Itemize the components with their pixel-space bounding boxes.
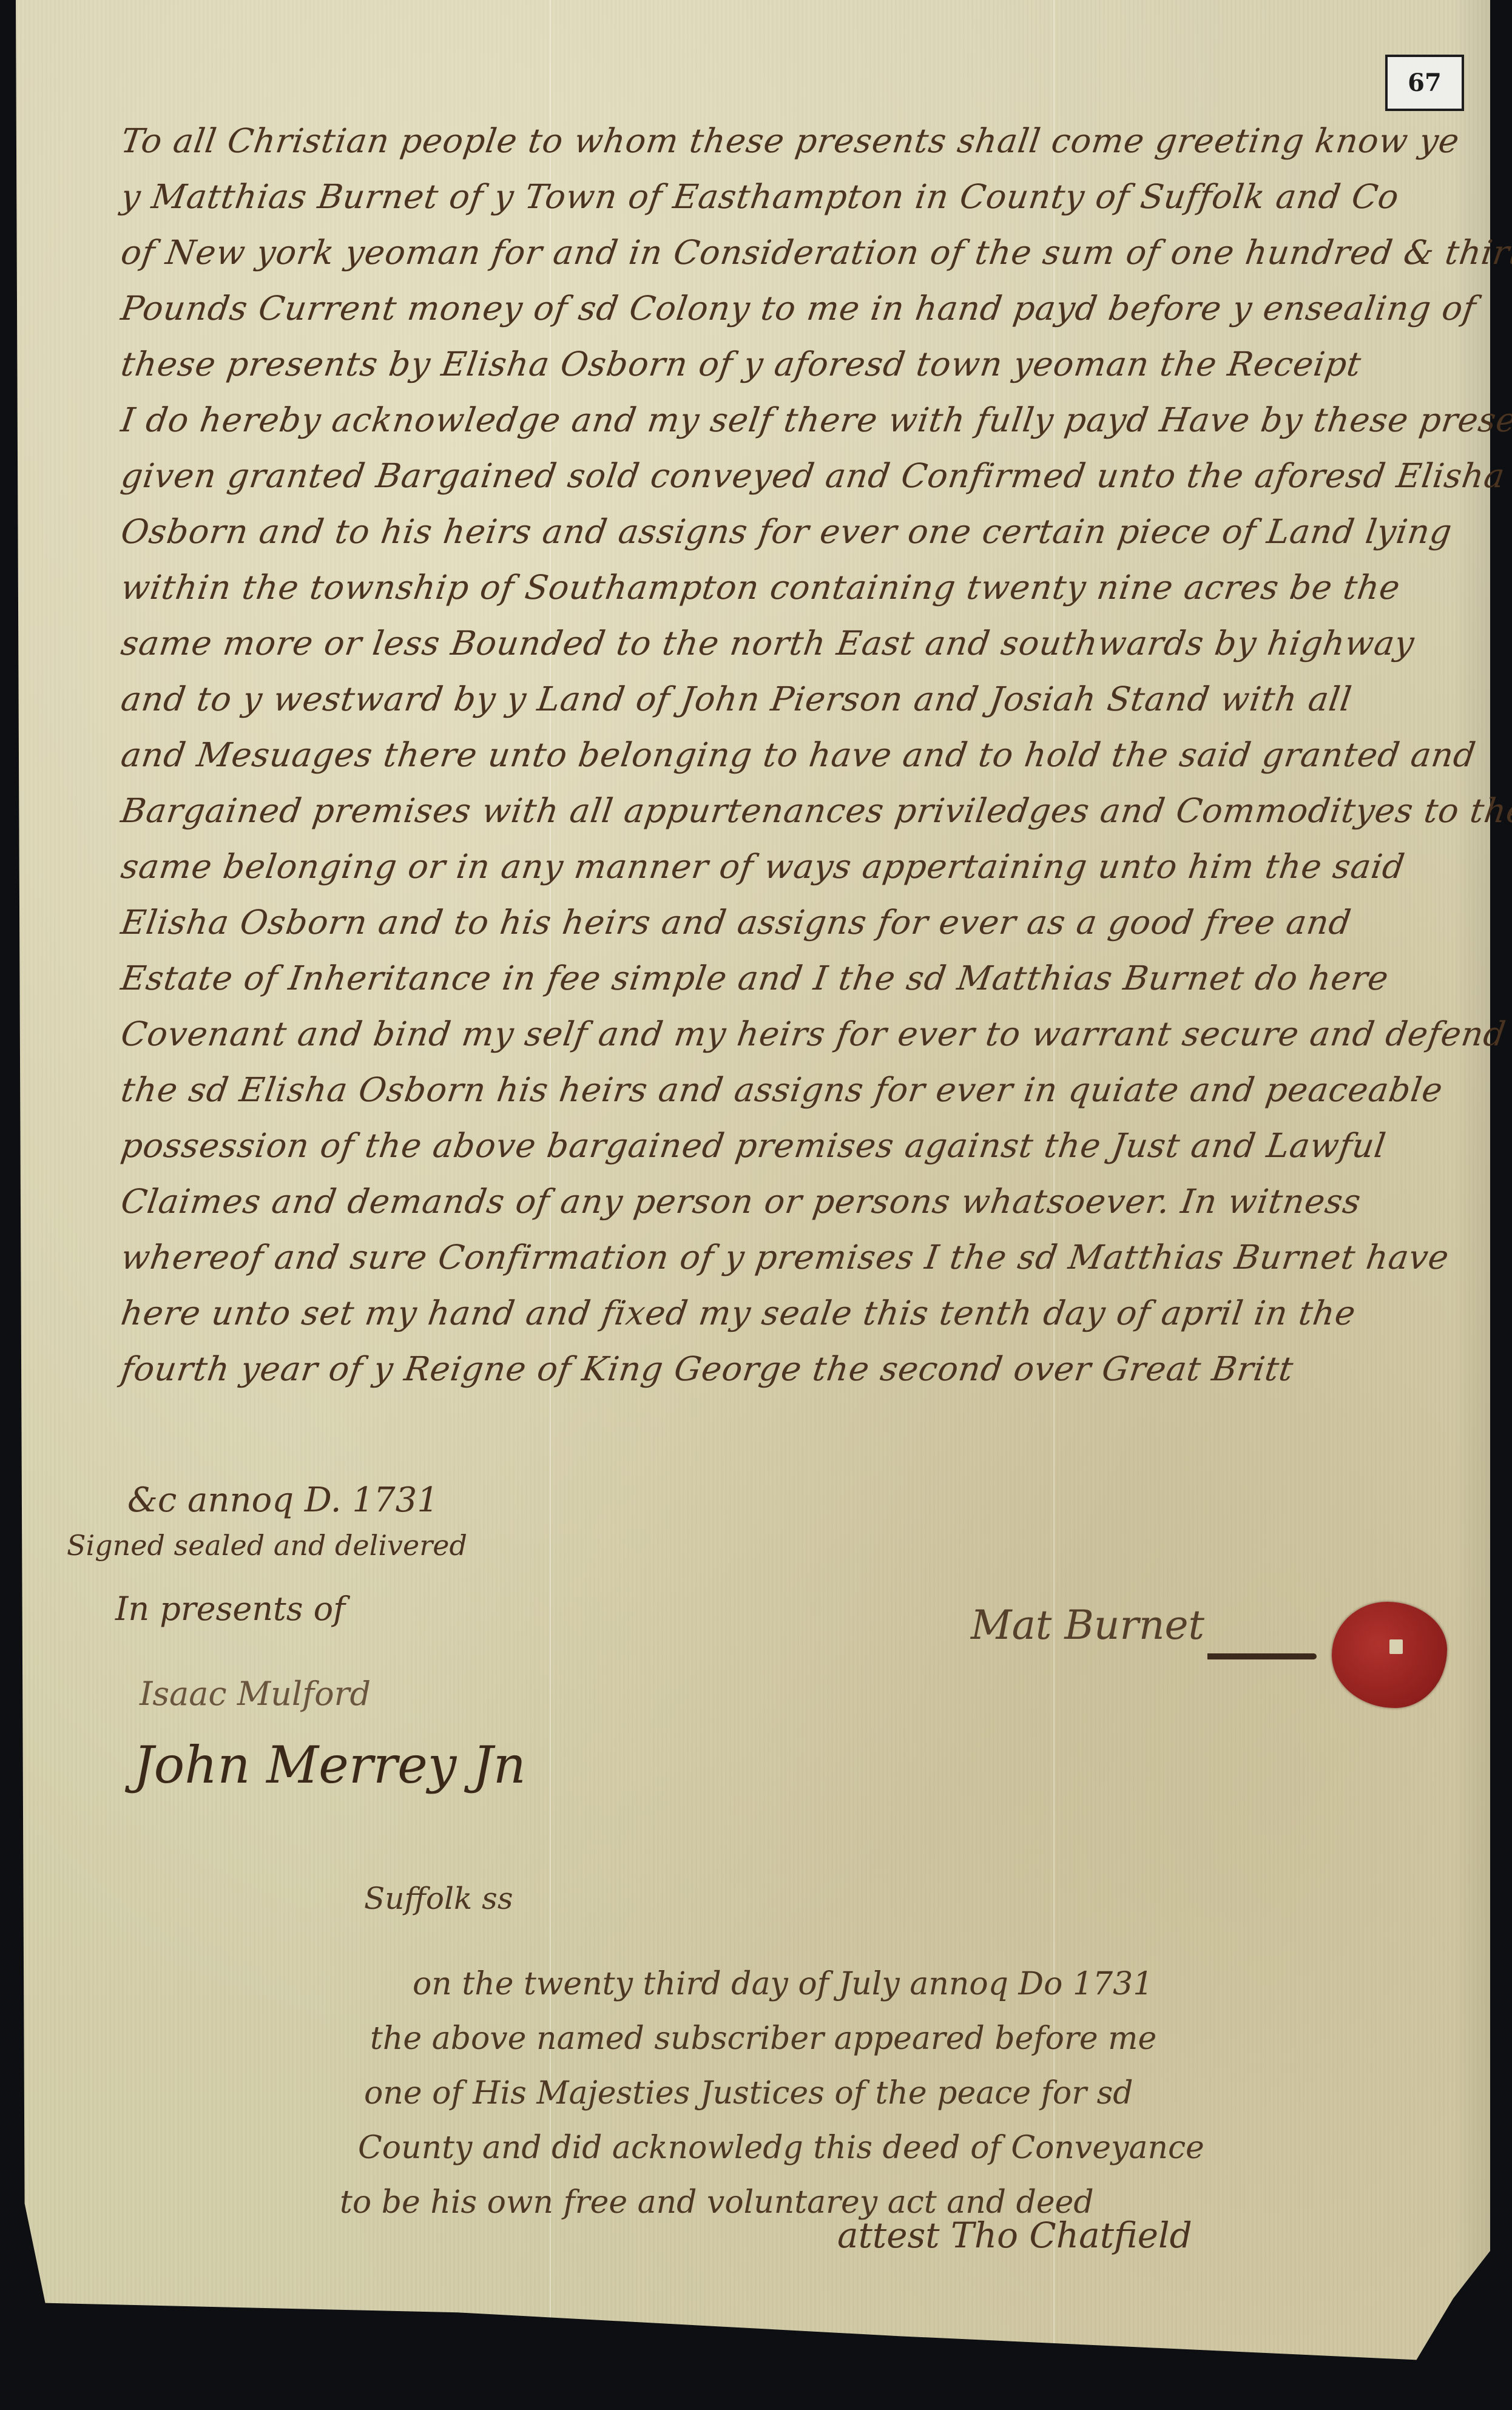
deed-line: here unto set my hand and fixed my seale… (119, 1294, 1358, 1332)
deed-line: same belonging or in any manner of ways … (119, 847, 1408, 886)
deed-line: same more or less Bounded to the north E… (119, 624, 1417, 663)
witness-signature: Isaac Mulford (140, 1675, 371, 1713)
deed-line: and to y westward by y Land of John Pier… (119, 680, 1355, 718)
page-edge-shadow (1454, 0, 1490, 2369)
deed-line: given granted Bargained sold conveyed an… (119, 456, 1508, 495)
deed-line: Bargained premises with all appurtenance… (119, 791, 1512, 830)
signature-flourish (1207, 1653, 1317, 1659)
deed-line: possession of the above bargained premis… (119, 1126, 1389, 1165)
attest-signature: attest Tho Chatfield (837, 2215, 1192, 2256)
folio-number: 67 (1408, 69, 1442, 97)
deed-line: whereof and sure Confirmation of y premi… (119, 1238, 1452, 1277)
deed-line: To all Christian people to whom these pr… (119, 121, 1462, 160)
venue-label: Suffolk ss (364, 1881, 513, 1916)
deed-line: and Mesuages there unto belonging to hav… (119, 735, 1479, 774)
grantor-signature: Mat Burnet (971, 1602, 1204, 1649)
deed-line: of New york yeoman for and in Considerat… (119, 233, 1512, 272)
signed-sealed-delivered-heading: Signed sealed and delivered (67, 1529, 467, 1562)
deed-line: I do hereby acknowledge and my self ther… (119, 400, 1512, 439)
deed-line: Elisha Osborn and to his heirs and assig… (119, 903, 1354, 942)
deed-line: the sd Elisha Osborn his heirs and assig… (119, 1070, 1446, 1109)
acknowledgement-line: County and did acknowledg this deed of C… (358, 2130, 1204, 2166)
acknowledgement-line: one of His Majesties Justices of the pea… (364, 2075, 1133, 2111)
witness-signature: John Merrey Jn (133, 1735, 526, 1795)
deed-line: these presents by Elisha Osborn of y afo… (119, 345, 1364, 383)
folio-number-label: 67 (1385, 55, 1464, 111)
deed-line: within the township of Southampton conta… (119, 568, 1403, 607)
acknowledgement-line: the above named subscriber appeared befo… (370, 2020, 1156, 2057)
deed-line: fourth year of y Reigne of King George t… (119, 1349, 1296, 1388)
deed-date: &c annoq D. 1731 (127, 1480, 439, 1520)
deed-line: Pounds Current money of sd Colony to me … (119, 289, 1479, 328)
deed-line: y Matthias Burnet of y Town of Easthampt… (119, 177, 1402, 216)
deed-line: Estate of Inheritance in fee simple and … (119, 959, 1391, 997)
deed-line: Osborn and to his heirs and assigns for … (119, 512, 1455, 551)
in-presence-of-heading: In presents of (115, 1590, 345, 1628)
deed-line: Covenant and bind my self and my heirs f… (119, 1014, 1509, 1053)
deed-line: Claimes and demands of any person or per… (119, 1182, 1364, 1221)
acknowledgement-line: on the twenty third day of July annoq Do… (413, 1966, 1153, 2002)
